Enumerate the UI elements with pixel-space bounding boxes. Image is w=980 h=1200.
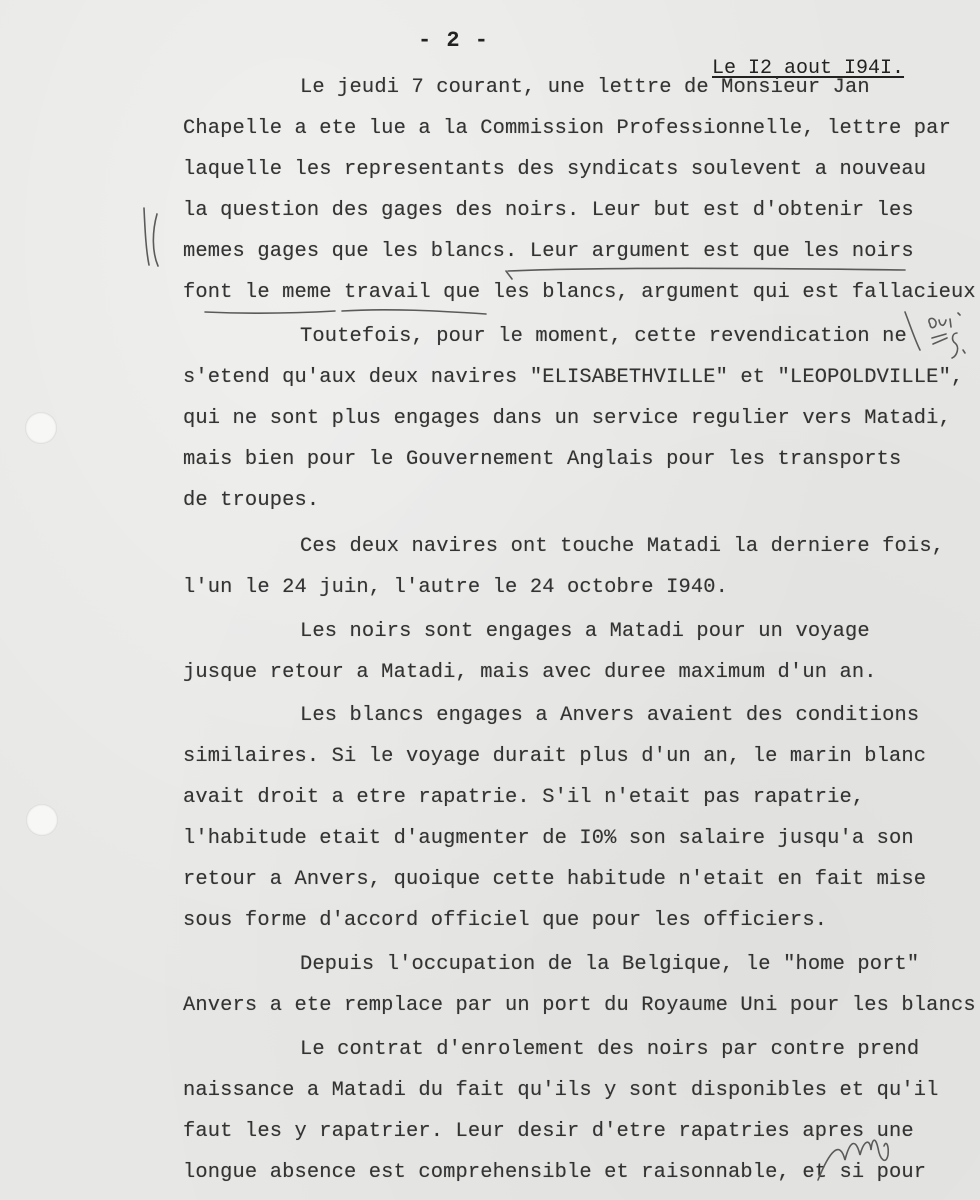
text-line: memes gages que les blancs. Leur argumen… bbox=[183, 240, 914, 263]
text-line: de troupes. bbox=[183, 489, 319, 512]
text-line: laquelle les representants des syndicats… bbox=[183, 158, 926, 181]
text-line: avait droit a etre rapatrie. S'il n'etai… bbox=[183, 786, 864, 809]
text-line: Ces deux navires ont touche Matadi la de… bbox=[300, 535, 944, 558]
punch-hole-top bbox=[25, 412, 57, 444]
text-line: Les noirs sont engages a Matadi pour un … bbox=[300, 620, 870, 643]
document-page: - 2 - Le I2 aout I94I. Le jeudi 7 couran… bbox=[0, 0, 980, 1200]
text-line: Chapelle a ete lue a la Commission Profe… bbox=[183, 117, 951, 140]
page-number: - 2 - bbox=[418, 28, 489, 53]
text-line: Toutefois, pour le moment, cette revendi… bbox=[300, 325, 907, 348]
text-line: retour a Anvers, quoique cette habitude … bbox=[183, 868, 926, 891]
text-line: similaires. Si le voyage durait plus d'u… bbox=[183, 745, 926, 768]
text-line: s'etend qu'aux deux navires "ELISABETHVI… bbox=[183, 366, 963, 389]
text-line: la question des gages des noirs. Leur bu… bbox=[183, 199, 914, 222]
text-line: Depuis l'occupation de la Belgique, le "… bbox=[300, 953, 919, 976]
text-line: longue absence est comprehensible et rai… bbox=[183, 1161, 926, 1184]
text-line: mais bien pour le Gouvernement Anglais p… bbox=[183, 448, 901, 471]
text-line: qui ne sont plus engages dans un service… bbox=[183, 407, 951, 430]
text-line: Les blancs engages a Anvers avaient des … bbox=[300, 704, 919, 727]
text-line: Anvers a ete remplace par un port du Roy… bbox=[183, 994, 980, 1017]
text-line: l'un le 24 juin, l'autre le 24 octobre I… bbox=[183, 576, 728, 599]
text-line: l'habitude etait d'augmenter de I0% son … bbox=[183, 827, 914, 850]
text-line: sous forme d'accord officiel que pour le… bbox=[183, 909, 827, 932]
text-line: naissance a Matadi du fait qu'ils y sont… bbox=[183, 1079, 939, 1102]
text-line: font le meme travail que les blancs, arg… bbox=[183, 281, 976, 304]
text-line: faut les y rapatrier. Leur desir d'etre … bbox=[183, 1120, 914, 1143]
punch-hole-bottom bbox=[26, 804, 58, 836]
text-line: jusque retour a Matadi, mais avec duree … bbox=[183, 661, 877, 684]
text-line: Le contrat d'enrolement des noirs par co… bbox=[300, 1038, 919, 1061]
text-line: Le jeudi 7 courant, une lettre de Monsie… bbox=[300, 76, 870, 99]
